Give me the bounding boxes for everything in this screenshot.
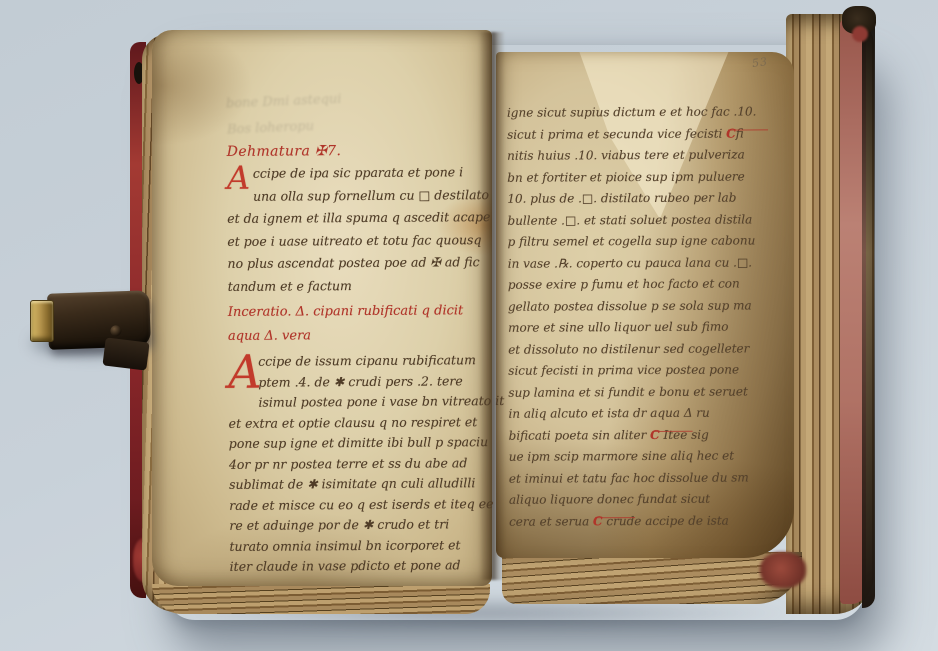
right-outer-cover-edge xyxy=(862,16,875,608)
red-paragraph-mark: C xyxy=(650,427,660,441)
drop-initial-1: A xyxy=(227,163,253,197)
red-paragraph-mark: C xyxy=(593,514,603,528)
bottom-page-edges-right xyxy=(502,552,802,604)
photo-backdrop: bone Dmi astequiBos loheropu Dehmatura ✠… xyxy=(0,0,938,651)
paragraph-2-lines: ccipe de issum cipanu rubificatumptem .4… xyxy=(228,350,494,577)
chapter-heading: Dehmatura ✠7. xyxy=(227,139,491,163)
top-right-red-corner xyxy=(852,26,868,42)
clasp xyxy=(26,278,166,378)
drop-initial-2: A xyxy=(228,352,258,394)
bleedthrough-text: bone Dmi astequiBos loheropu xyxy=(225,81,491,144)
paragraph-1: A ccipe de ipa sic pparata et pone iuna … xyxy=(227,161,492,298)
red-paragraph-mark: C xyxy=(726,126,736,140)
folio-number: 53 xyxy=(751,55,769,70)
right-page-text: igne sicut supius dictum e et hoc fac .1… xyxy=(507,101,787,532)
paragraph-2: A ccipe de issum cipanu rubificatumptem … xyxy=(228,350,494,577)
clasp-buckle xyxy=(30,300,54,342)
paragraph-1-lines: ccipe de ipa sic pparata et pone iuna ol… xyxy=(227,161,492,298)
rubric: Inceratio. Δ. cipani rubificati q dicita… xyxy=(228,299,492,348)
clasp-stud xyxy=(110,325,121,336)
bottom-right-red-corner xyxy=(760,552,806,588)
bottom-page-edges-left xyxy=(152,584,490,614)
left-page-text: bone Dmi astequiBos loheropu Dehmatura ✠… xyxy=(226,85,493,577)
clasp-keeper xyxy=(102,337,149,370)
